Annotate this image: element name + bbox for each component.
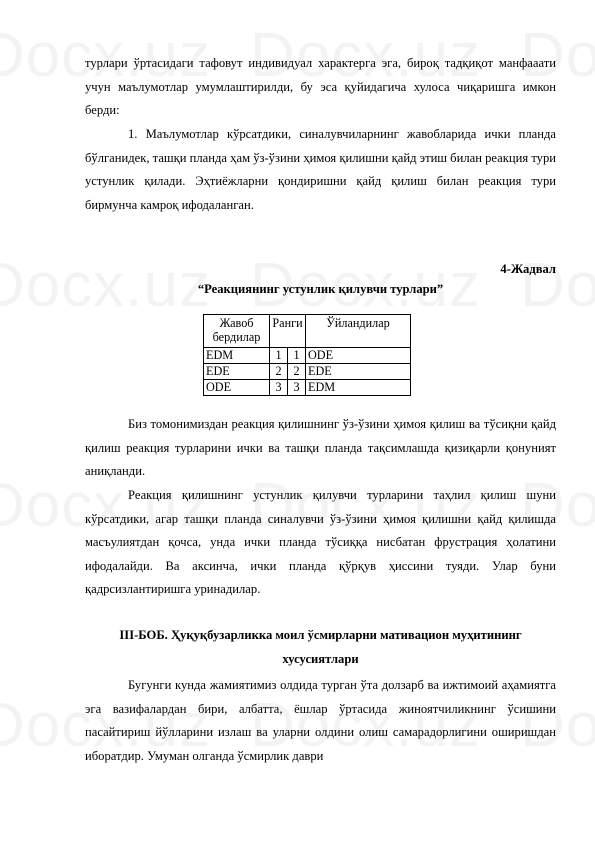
paragraph-analysis: Реакция қилишнинг устунлик қилувчи турла…: [85, 484, 556, 602]
table-row: ODE 3 3 EDM: [204, 380, 411, 396]
table-header-row: Жавоб бердилар Ранги Ўйландилар: [204, 315, 411, 348]
header-thought: Ўйландилар: [306, 315, 411, 348]
cell-thought: EDE: [306, 364, 411, 380]
cell-rank-b: 2: [288, 364, 306, 380]
reaction-types-table: Жавоб бердилар Ранги Ўйландилар EDM 1 1 …: [203, 314, 411, 396]
cell-thought: EDM: [306, 380, 411, 396]
header-answered: Жавоб бердилар: [204, 315, 270, 348]
paragraph-finding-1: 1. Маълумотлар кўрсатдики, синалувчиларн…: [85, 123, 556, 217]
cell-answered: ODE: [204, 380, 270, 396]
cell-thought: ODE: [306, 348, 411, 364]
table-row: EDM 1 1 ODE: [204, 348, 411, 364]
cell-answered: EDM: [204, 348, 270, 364]
cell-rank-b: 3: [288, 380, 306, 396]
chapter-heading-line-1: III-БОБ. Ҳуқуқбузарликка моил ўсмирларни…: [85, 624, 556, 648]
paragraph-intro: турлари ўртасидаги тафовут индивидуал ха…: [85, 52, 556, 123]
cell-rank-b: 1: [288, 348, 306, 364]
table-row: EDE 2 2 EDE: [204, 364, 411, 380]
header-rank: Ранги: [270, 315, 306, 348]
table-number: 4-Жадвал: [500, 262, 556, 277]
cell-rank-a: 2: [270, 364, 288, 380]
chapter-heading-line-2: хусусиятлари: [85, 648, 556, 672]
table-title: “Реакциянинг устунлик қилувчи турлари”: [85, 282, 556, 297]
cell-rank-a: 3: [270, 380, 288, 396]
paragraph-pattern: Биз томонимиздан реакция қилишнинг ўз-ўз…: [85, 413, 556, 484]
cell-answered: EDE: [204, 364, 270, 380]
paragraph-chapter-intro: Бугунги кунда жамиятимиз олдида турган ў…: [85, 674, 556, 768]
cell-rank-a: 1: [270, 348, 288, 364]
